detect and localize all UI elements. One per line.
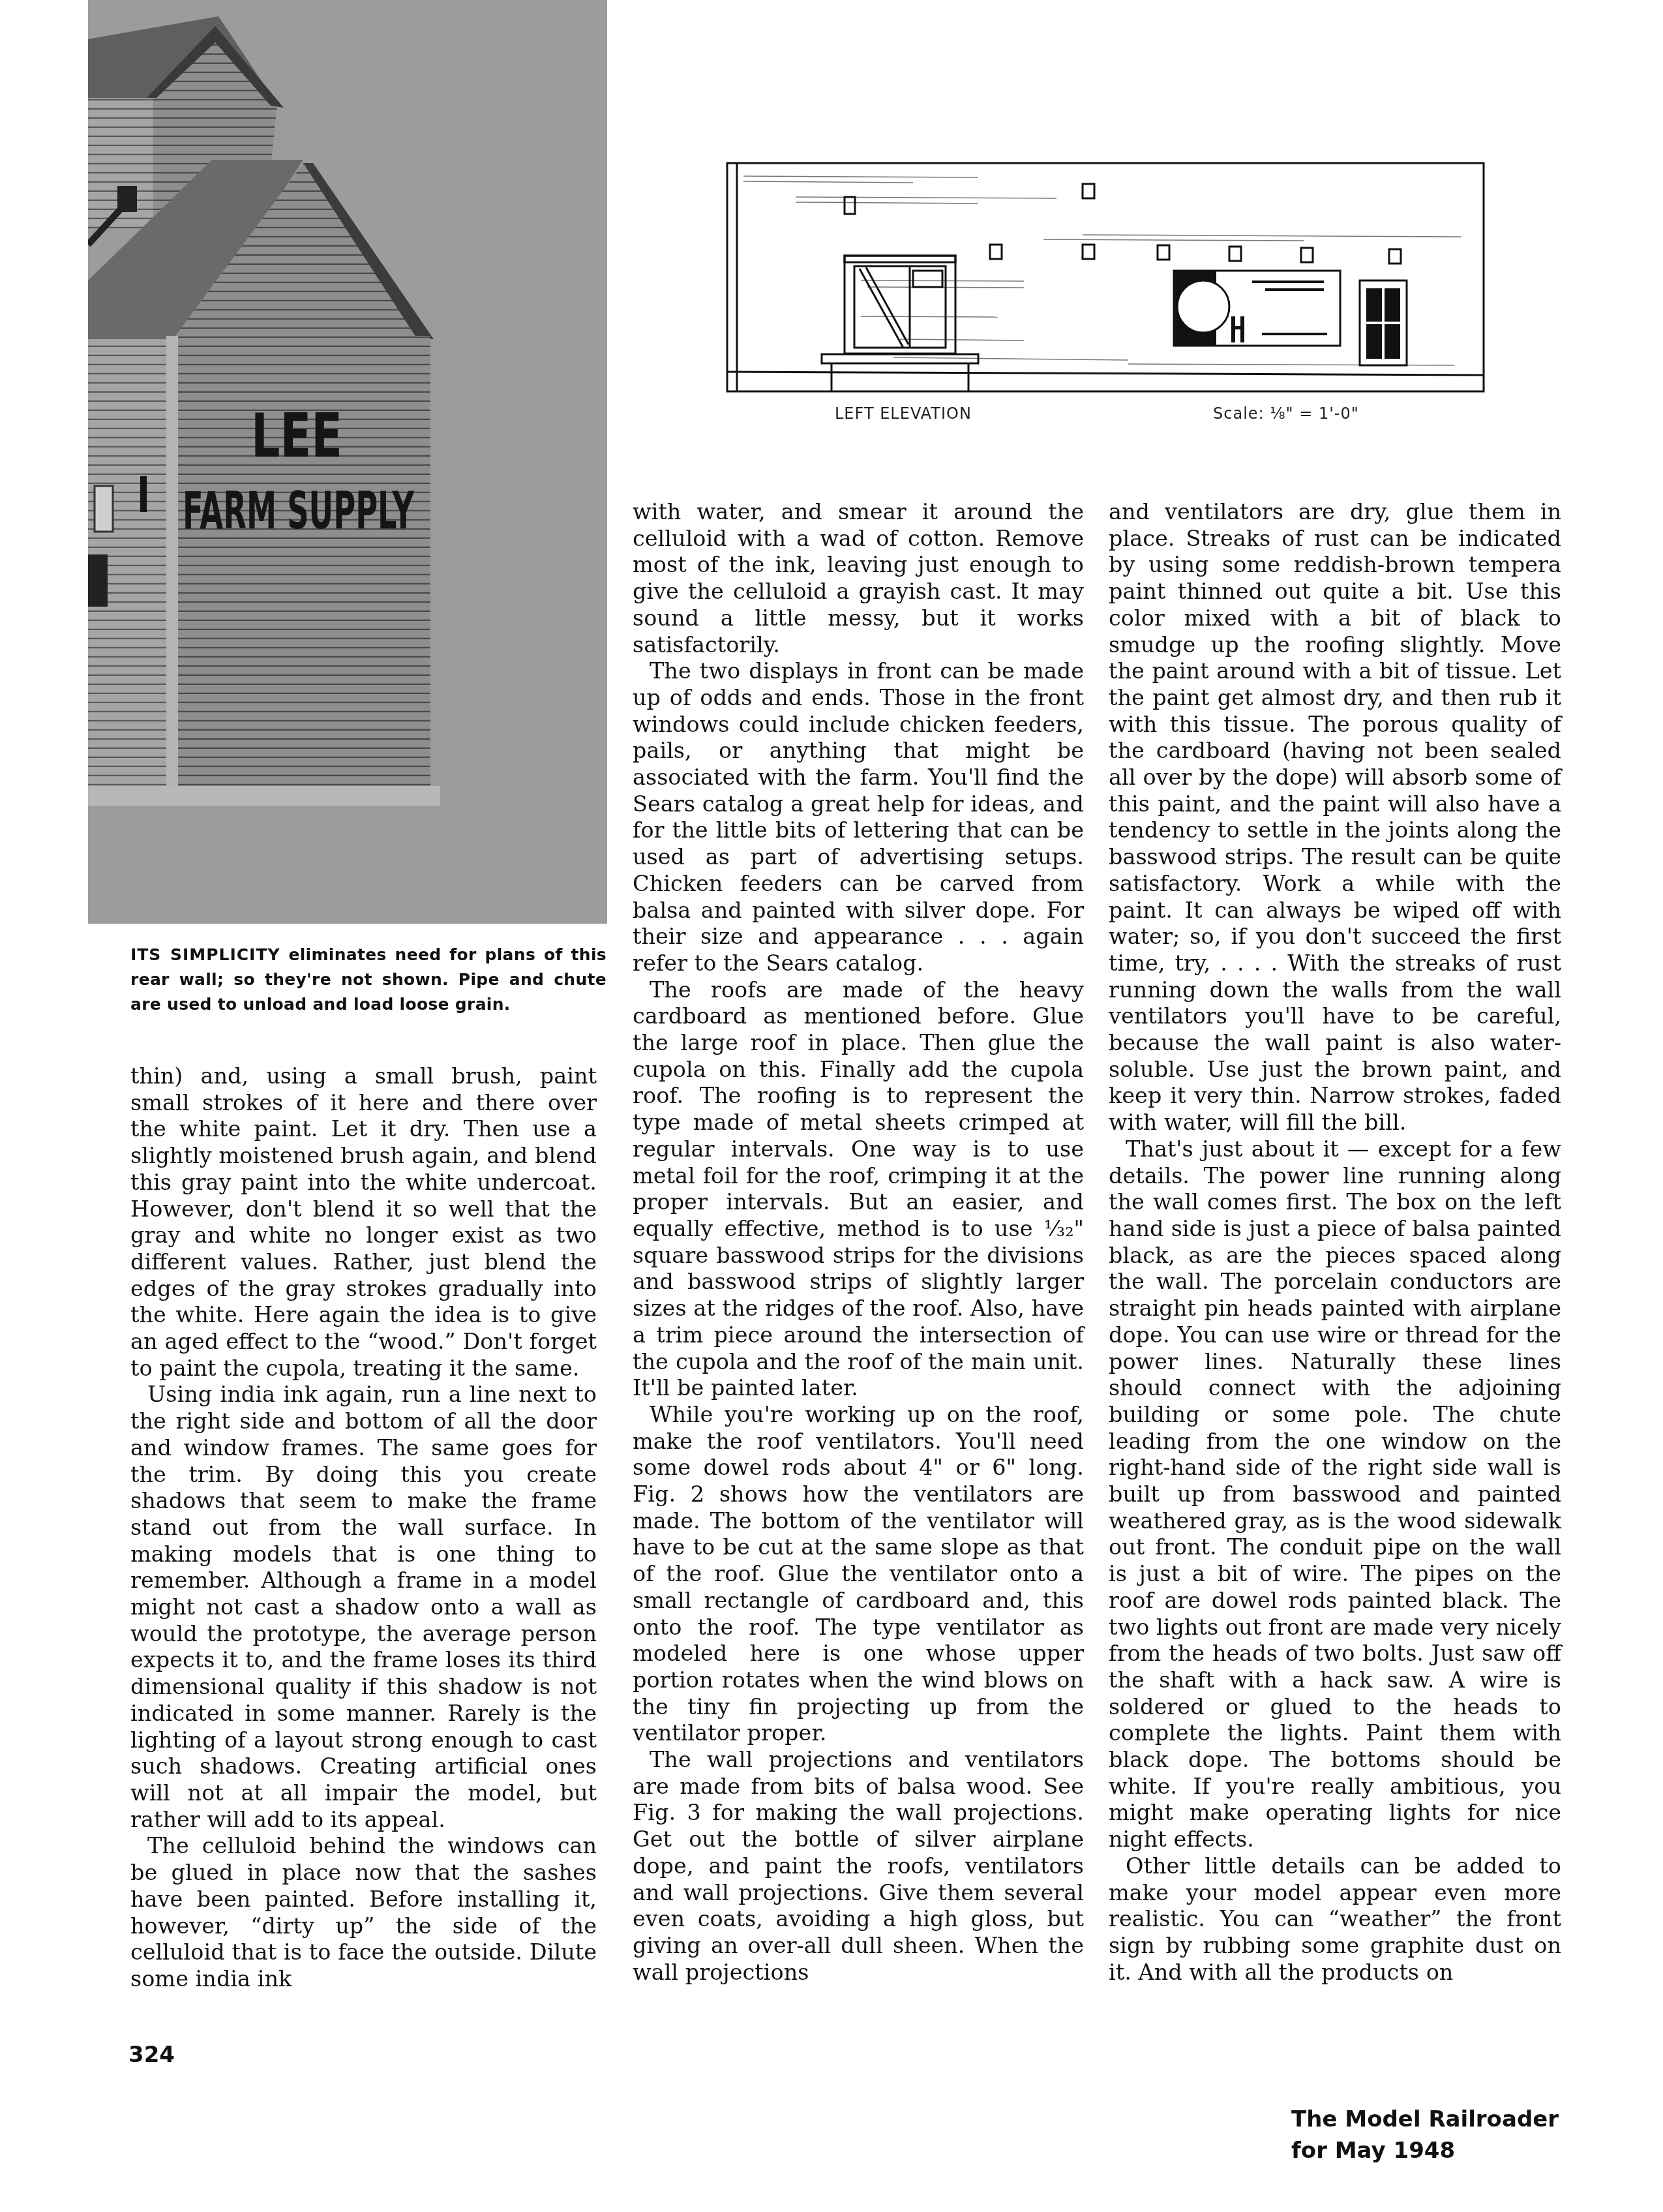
paragraph: The wall projections and ventilators are… bbox=[633, 1747, 1084, 1986]
photo-image: LEE FARM SUPPLY bbox=[88, 0, 607, 924]
paragraph: The roofs are made of the heavy cardboar… bbox=[633, 977, 1084, 1402]
paragraph: and ventilators are dry, glue them in pl… bbox=[1109, 499, 1561, 1136]
caption-lead: ITS SIMPLICITY bbox=[130, 945, 280, 964]
sign-farm-supply-text: FARM SUPPLY bbox=[183, 482, 415, 541]
publication-footer: The Model Railroader for May 1948 bbox=[1291, 2104, 1559, 2166]
paragraph: Other little details can be added to mak… bbox=[1109, 1853, 1561, 1986]
sign-lee-text: LEE bbox=[251, 401, 342, 471]
text-column-3: and ventilators are dry, glue them in pl… bbox=[1109, 499, 1561, 1986]
building-model-photo: LEE FARM SUPPLY bbox=[88, 0, 607, 924]
publication-name: The Model Railroader bbox=[1291, 2104, 1559, 2135]
paragraph: The celluloid behind the windows can be … bbox=[130, 1833, 597, 1992]
drawing-scale: Scale: ⅛" = 1'-0" bbox=[1213, 404, 1359, 423]
photo-caption: ITS SIMPLICITY eliminates need for plans… bbox=[130, 943, 607, 1017]
paragraph: Using india ink again, run a line next t… bbox=[130, 1382, 597, 1833]
text-column-1: thin) and, using a small brush, paint sm… bbox=[130, 1063, 597, 1993]
text-column-2: with water, and smear it around the cell… bbox=[633, 499, 1084, 1986]
paragraph: with water, and smear it around the cell… bbox=[633, 499, 1084, 658]
paragraph: thin) and, using a small brush, paint sm… bbox=[130, 1063, 597, 1382]
drawing-title: LEFT ELEVATION bbox=[835, 404, 972, 423]
elevation-svg bbox=[717, 150, 1487, 398]
left-elevation-drawing: LEFT ELEVATION Scale: ⅛" = 1'-0" bbox=[717, 150, 1487, 431]
paragraph: While you're working up on the roof, mak… bbox=[633, 1402, 1084, 1747]
paragraph: That's just about it — except for a few … bbox=[1109, 1136, 1561, 1853]
paragraph: The two displays in front can be made up… bbox=[633, 658, 1084, 977]
publication-issue: for May 1948 bbox=[1291, 2135, 1559, 2166]
page-number: 324 bbox=[128, 2042, 175, 2068]
